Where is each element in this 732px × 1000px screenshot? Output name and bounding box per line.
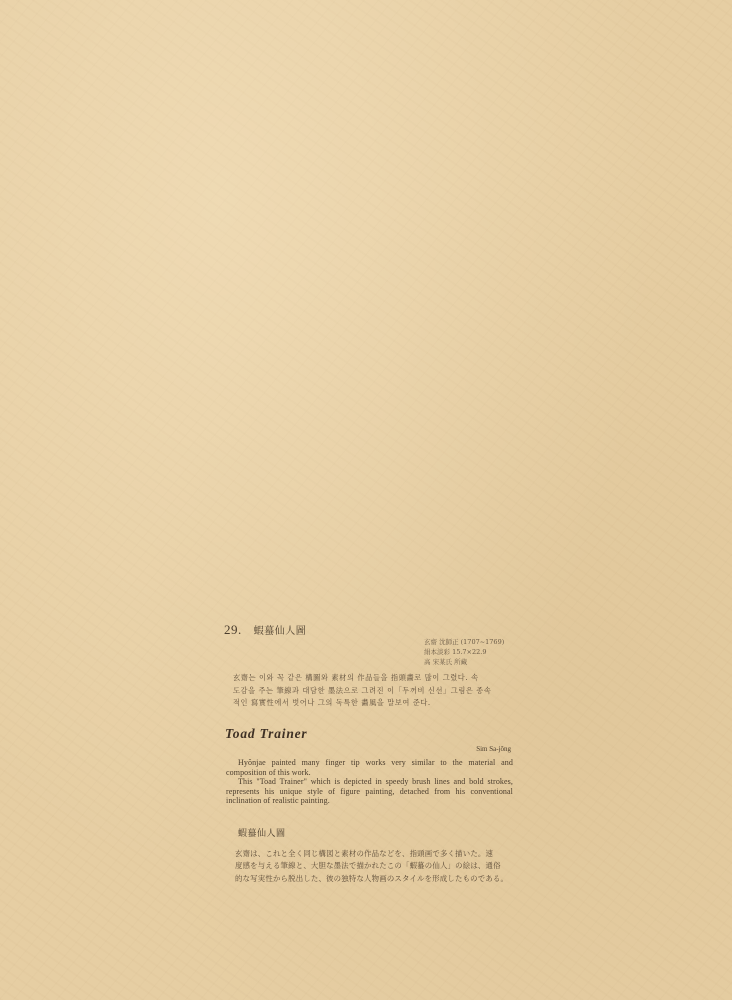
korean-description: 玄齋는 이와 꼭 같은 構圖와 素材의 作品들을 指頭畵로 많이 그렸다. 속 … xyxy=(227,672,512,710)
english-paragraph: Hyŏnjae painted many finger tip works ve… xyxy=(226,758,513,777)
english-title: Toad Trainer xyxy=(225,726,308,742)
meta-artist: 玄齋 沈師正 (1707~1769) xyxy=(424,637,504,647)
korean-line: 玄齋는 이와 꼭 같은 構圖와 素材의 作品들을 指頭畵로 많이 그렸다. 속 xyxy=(227,672,512,685)
japanese-title: 蝦蟇仙人圖 xyxy=(238,826,286,839)
meta-medium-size: 絹本淡彩 15.7×22.9 xyxy=(424,647,504,657)
japanese-line: 的な写実性から脱出した、彼の独特な人物画のスタイルを形成したものである。 xyxy=(227,873,515,885)
japanese-line: 度感を与える筆線と、大胆な墨法で描かれたこの「蝦蟇の仙人」の絵は、通俗 xyxy=(227,860,515,872)
artwork-metadata: 玄齋 沈師正 (1707~1769) 絹本淡彩 15.7×22.9 高 宋某氏 … xyxy=(424,637,504,667)
english-description: Hyŏnjae painted many finger tip works ve… xyxy=(226,758,513,806)
entry-heading: 29. 蝦蟇仙人圖 xyxy=(224,622,306,638)
entry-title-hanja: 蝦蟇仙人圖 xyxy=(254,626,307,637)
entry-number: 29. xyxy=(224,622,242,637)
korean-line: 적인 寫實性에서 벗어나 그의 독특한 畵風을 말보여 준다. xyxy=(227,697,512,710)
japanese-description: 玄齋は、これと全く同じ構図と素材の作品などを、指頭画で多く描いた。速 度感を与え… xyxy=(227,848,515,885)
english-paragraph: This "Toad Trainer" which is depicted in… xyxy=(226,777,513,806)
english-author: Sim Sa-jŏng xyxy=(476,745,511,753)
catalog-page: 29. 蝦蟇仙人圖 玄齋 沈師正 (1707~1769) 絹本淡彩 15.7×2… xyxy=(0,0,732,1000)
korean-line: 도감을 주는 筆線과 대담한 墨法으로 그려진 이「두꺼비 신선」그림은 종속 xyxy=(227,685,512,698)
japanese-line: 玄齋は、これと全く同じ構図と素材の作品などを、指頭画で多く描いた。速 xyxy=(227,848,515,860)
meta-collection: 高 宋某氏 所藏 xyxy=(424,657,504,667)
